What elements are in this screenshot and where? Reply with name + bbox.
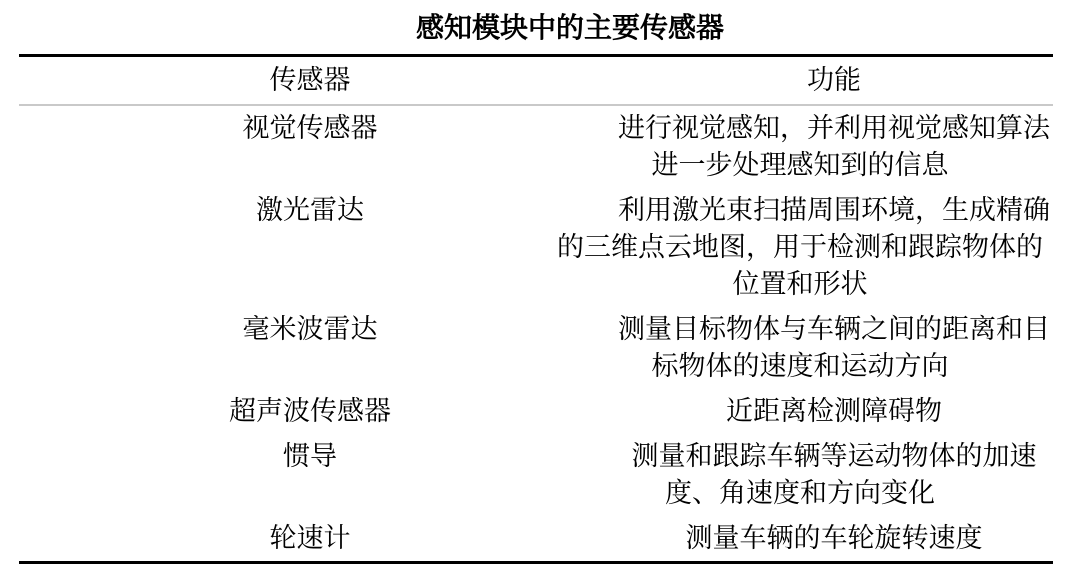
function-cell: 测量和跟踪车辆等运动物体的加速度、角速度和方向变化 [547, 434, 1053, 516]
table-header-row: 传感器 功能 [19, 56, 1053, 106]
function-cell: 测量车辆的车轮旋转速度 [547, 516, 1053, 563]
table-row: 超声波传感器 近距离检测障碍物 [19, 389, 1053, 434]
sensor-cell: 视觉传感器 [19, 105, 547, 188]
table-row: 视觉传感器 进行视觉感知，并利用视觉感知算法进一步处理感知到的信息 [19, 105, 1053, 188]
function-cell: 测量目标物体与车辆之间的距离和目标物体的速度和运动方向 [547, 307, 1053, 389]
table-row: 毫米波雷达 测量目标物体与车辆之间的距离和目标物体的速度和运动方向 [19, 307, 1053, 389]
sensor-column-header: 传感器 [19, 56, 547, 106]
table-body: 视觉传感器 进行视觉感知，并利用视觉感知算法进一步处理感知到的信息 激光雷达 利… [19, 105, 1053, 563]
function-column-header: 功能 [547, 56, 1053, 106]
function-cell: 进行视觉感知，并利用视觉感知算法进一步处理感知到的信息 [547, 105, 1053, 188]
table-title: 感知模块中的主要传感器 [19, 10, 1053, 46]
sensor-cell: 超声波传感器 [19, 389, 547, 434]
function-cell: 近距离检测障碍物 [547, 389, 1053, 434]
sensor-cell: 毫米波雷达 [19, 307, 547, 389]
sensor-table: 传感器 功能 视觉传感器 进行视觉感知，并利用视觉感知算法进一步处理感知到的信息… [19, 54, 1053, 564]
sensor-cell: 轮速计 [19, 516, 547, 563]
document-page: 感知模块中的主要传感器 传感器 功能 视觉传感器 进行视觉感知，并利用视觉感知算… [19, 0, 1053, 564]
sensor-cell: 激光雷达 [19, 188, 547, 307]
table-row: 轮速计 测量车辆的车轮旋转速度 [19, 516, 1053, 563]
sensor-cell: 惯导 [19, 434, 547, 516]
table-row: 激光雷达 利用激光束扫描周围环境，生成精确的三维点云地图，用于检测和跟踪物体的位… [19, 188, 1053, 307]
table-row: 惯导 测量和跟踪车辆等运动物体的加速度、角速度和方向变化 [19, 434, 1053, 516]
function-cell: 利用激光束扫描周围环境，生成精确的三维点云地图，用于检测和跟踪物体的位置和形状 [547, 188, 1053, 307]
